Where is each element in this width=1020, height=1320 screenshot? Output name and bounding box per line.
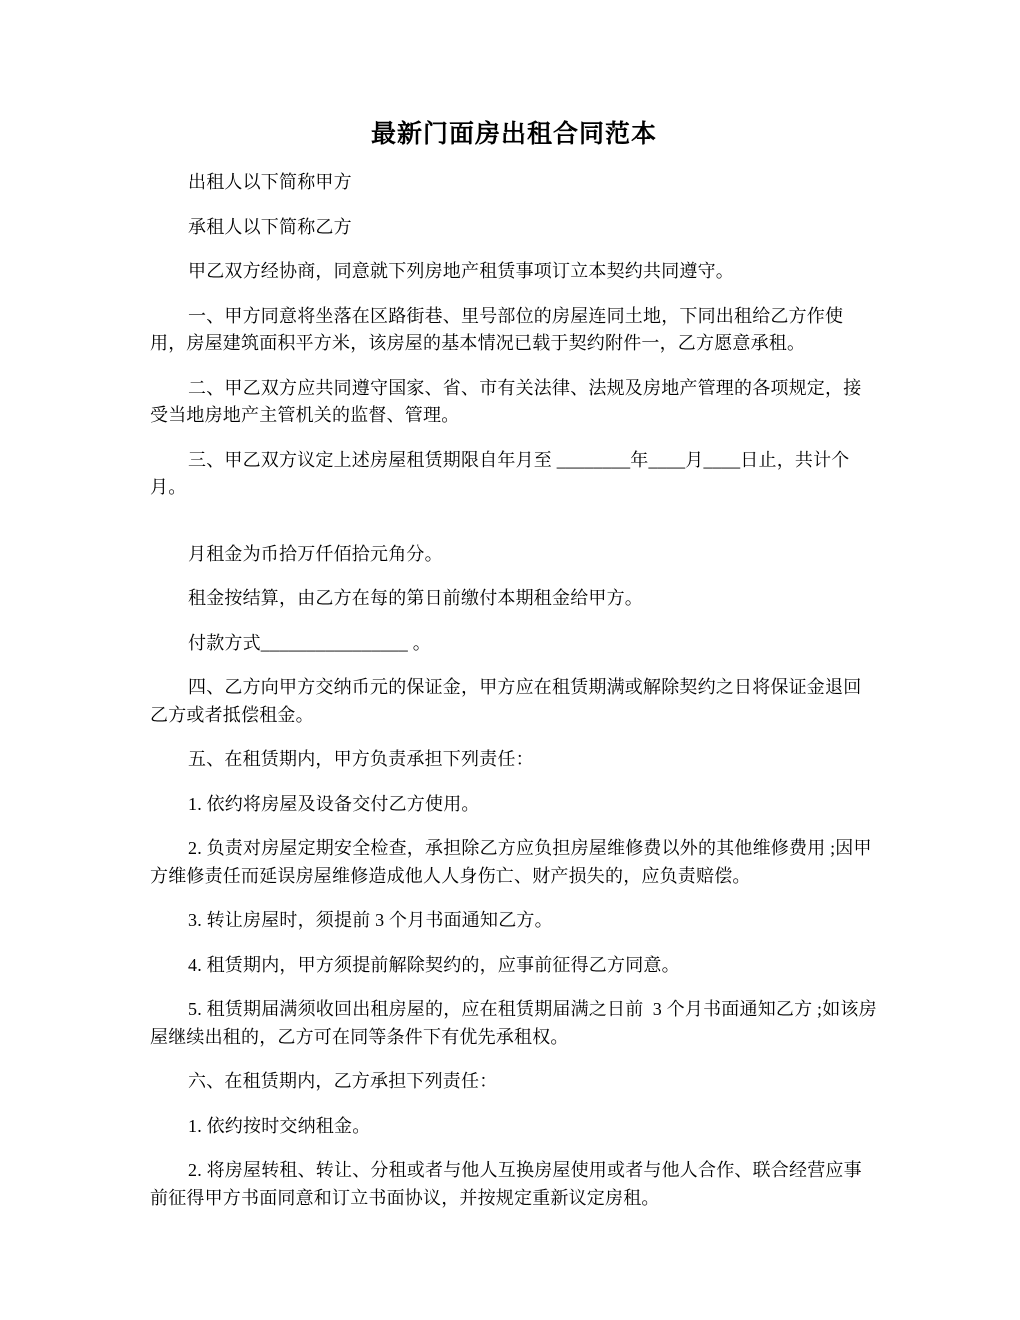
paragraph-clause-6-header: 六、在租赁期内，乙方承担下列责任： [150, 1068, 878, 1096]
paragraph-clause-5-item-1: 1. 依约将房屋及设备交付乙方使用。 [150, 791, 878, 819]
paragraph-clause-5-item-4: 4. 租赁期内，甲方须提前解除契约的，应事前征得乙方同意。 [150, 952, 878, 980]
paragraph-clause-6-item-2: 2. 将房屋转租、转让、分租或者与他人互换房屋使用或者与他人合作、联合经营应事前… [150, 1157, 878, 1212]
paragraph-clause-1: 一、甲方同意将坐落在区路街巷、里号部位的房屋连同土地，下同出租给乙方作使用，房屋… [150, 303, 878, 358]
paragraph-clause-4-deposit: 四、乙方向甲方交纳币元的保证金，甲方应在租赁期满或解除契约之日将保证金退回乙方或… [150, 674, 878, 729]
paragraph-clause-3-term: 三、甲乙双方议定上述房屋租赁期限自年月至 ________年____月____日… [150, 447, 878, 502]
paragraph-monthly-rent: 月租金为币拾万仟佰拾元角分。 [150, 541, 878, 569]
document-page: 最新门面房出租合同范本 出租人以下简称甲方 承租人以下简称乙方 甲乙双方经协商，… [0, 0, 1020, 1320]
document-content: 最新门面房出租合同范本 出租人以下简称甲方 承租人以下简称乙方 甲乙双方经协商，… [150, 118, 878, 1229]
paragraph-clause-5-item-5: 5. 租赁期届满须收回出租房屋的，应在租赁期届满之日前 3 个月书面通知乙方 ;… [150, 996, 878, 1051]
paragraph-clause-5-item-2: 2. 负责对房屋定期安全检查，承担除乙方应负担房屋维修费以外的其他维修费用 ;因… [150, 835, 878, 890]
paragraph-clause-5-header: 五、在租赁期内，甲方负责承担下列责任： [150, 746, 878, 774]
paragraph-lessee-intro: 承租人以下简称乙方 [150, 214, 878, 242]
paragraph-payment-method: 付款方式________________ 。 [150, 630, 878, 658]
paragraph-agreement-intro: 甲乙双方经协商，同意就下列房地产租赁事项订立本契约共同遵守。 [150, 258, 878, 286]
paragraph-clause-2: 二、甲乙双方应共同遵守国家、省、市有关法律、法规及房地产管理的各项规定，接受当地… [150, 375, 878, 430]
paragraph-clause-6-item-1: 1. 依约按时交纳租金。 [150, 1113, 878, 1141]
paragraph-clause-5-item-3: 3. 转让房屋时，须提前 3 个月书面通知乙方。 [150, 907, 878, 935]
paragraph-lessor-intro: 出租人以下简称甲方 [150, 169, 878, 197]
document-title: 最新门面房出租合同范本 [150, 118, 878, 152]
paragraph-rent-settlement: 租金按结算，由乙方在每的第日前缴付本期租金给甲方。 [150, 585, 878, 613]
